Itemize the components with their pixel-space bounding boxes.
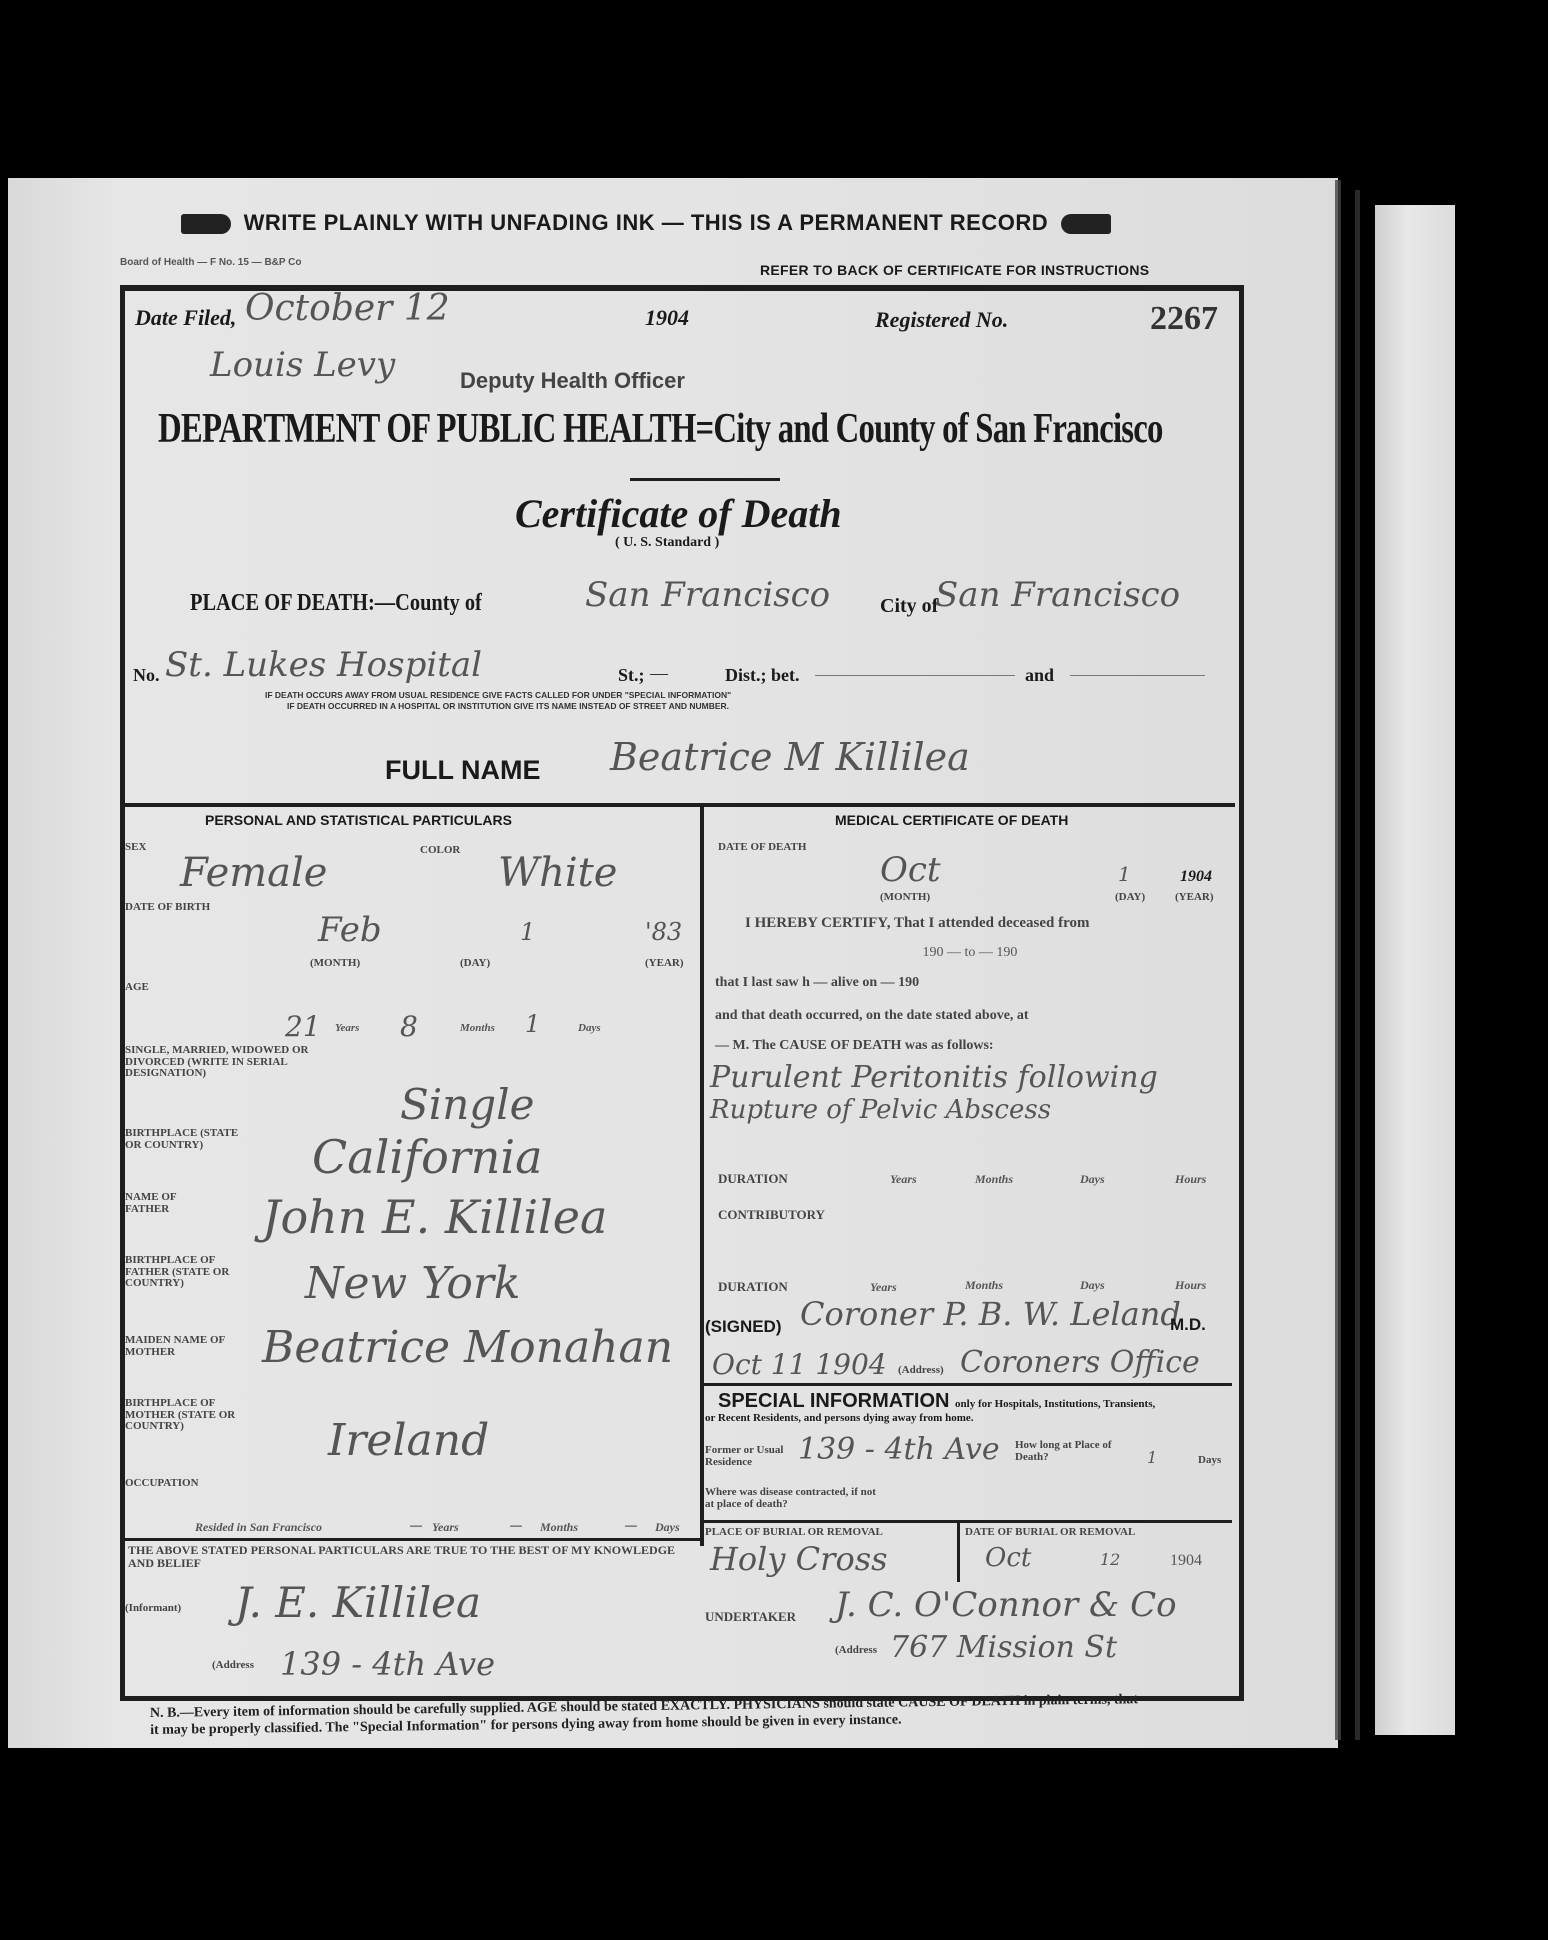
column-divider bbox=[700, 806, 704, 1546]
how-long-value: 1 bbox=[1147, 1448, 1157, 1467]
medical-heading: MEDICAL CERTIFICATE OF DEATH bbox=[835, 812, 1068, 828]
registered-label: Registered No. bbox=[875, 307, 1008, 333]
form-id: Board of Health — F No. 15 — B&P Co bbox=[120, 257, 302, 268]
jurisdiction: =City and County of San Francisco bbox=[696, 406, 1163, 452]
duration2-months: Months bbox=[965, 1278, 1003, 1293]
dod-year-caption: (Year) bbox=[1175, 892, 1214, 904]
month-caption: (Month) bbox=[310, 958, 360, 970]
informant-name: J. E. Killilea bbox=[235, 1578, 481, 1627]
age-days: 1 bbox=[525, 1010, 540, 1038]
county-value: San Francisco bbox=[585, 575, 830, 615]
and-line bbox=[1070, 675, 1205, 676]
full-name-label: FULL NAME bbox=[385, 755, 541, 786]
age-years: 21 bbox=[285, 1010, 321, 1043]
burial-date-day: 12 bbox=[1100, 1550, 1120, 1569]
how-long-label: How long at Place of Death? bbox=[1015, 1440, 1115, 1463]
department-title: DEPARTMENT OF PUBLIC HEALTH=City and Cou… bbox=[158, 405, 1163, 453]
st-value: — bbox=[650, 663, 668, 684]
dist-label: Dist.; bet. bbox=[725, 665, 800, 686]
undertaker-value: J. C. O'Connor & Co bbox=[835, 1585, 1177, 1625]
officer-title: Deputy Health Officer bbox=[460, 368, 685, 394]
cause-line1: Purulent Peritonitis following bbox=[710, 1060, 1158, 1095]
dob-month: Feb bbox=[318, 910, 382, 950]
no-label: No. bbox=[133, 665, 160, 686]
father-value: John E. Killilea bbox=[262, 1190, 607, 1244]
special-heading-text: SPECIAL INFORMATION bbox=[718, 1390, 949, 1412]
mother-birthplace-label: BIRTHPLACE OF MOTHER (State or Country) bbox=[125, 1398, 255, 1433]
duration-months: Months bbox=[975, 1172, 1013, 1187]
officer-signature: Louis Levy bbox=[210, 345, 395, 385]
father-birthplace-label: BIRTHPLACE OF FATHER (State or Country) bbox=[125, 1255, 255, 1290]
burial-place: Holy Cross bbox=[710, 1540, 888, 1578]
cause-line2: Rupture of Pelvic Abscess bbox=[710, 1095, 1051, 1125]
place-note: IF DEATH OCCURS AWAY FROM USUAL RESIDENC… bbox=[265, 690, 731, 712]
informant-statement: THE ABOVE STATED PERSONAL PARTICULARS AR… bbox=[128, 1544, 688, 1569]
undertaker-label: UNDERTAKER bbox=[705, 1610, 796, 1624]
marital-label: SINGLE, MARRIED, WIDOWED OR DIVORCED (Wr… bbox=[125, 1045, 355, 1080]
pointing-hand-icon bbox=[1061, 214, 1111, 234]
signed-date: Oct 11 1904 bbox=[712, 1348, 887, 1381]
full-name-value: Beatrice M Killilea bbox=[610, 735, 970, 779]
birthplace-value: California bbox=[312, 1130, 543, 1184]
year-caption: (Year) bbox=[645, 958, 684, 970]
informant-address: 139 - 4th Ave bbox=[280, 1645, 495, 1683]
burial-place-label: PLACE OF BURIAL OR REMOVAL bbox=[705, 1527, 883, 1539]
dob-day: 1 bbox=[520, 918, 535, 946]
page-edge bbox=[1355, 190, 1360, 1740]
md-label: M.D. bbox=[1170, 1315, 1206, 1335]
marital-value: Single bbox=[400, 1080, 534, 1129]
dod-day: 1 bbox=[1118, 862, 1131, 886]
special-note: or Recent Residents, and persons dying a… bbox=[705, 1412, 974, 1424]
next-page-edge bbox=[1375, 205, 1455, 1735]
duration2-label: DURATION bbox=[718, 1280, 788, 1294]
place-note-line1: IF DEATH OCCURS AWAY FROM USUAL RESIDENC… bbox=[265, 690, 731, 701]
duration2-years: Years bbox=[870, 1280, 897, 1295]
residence-label: Former or Usual Residence bbox=[705, 1445, 785, 1468]
personal-heading: PERSONAL AND STATISTICAL PARTICULARS bbox=[205, 812, 512, 828]
cause-label: — M. The CAUSE OF DEATH was as follows: bbox=[715, 1038, 994, 1054]
medical-address-label: (Address) bbox=[898, 1365, 944, 1377]
dist-line bbox=[815, 675, 1015, 676]
resided-label: Resided in San Francisco bbox=[195, 1520, 322, 1535]
department-name: DEPARTMENT OF PUBLIC HEALTH bbox=[158, 406, 696, 452]
informant-label: (Informant) bbox=[125, 1603, 181, 1615]
duration2-days: Days bbox=[1080, 1278, 1105, 1293]
certify-text: I HEREBY CERTIFY, That I attended deceas… bbox=[745, 915, 1090, 932]
burial-date-month: Oct bbox=[985, 1543, 1031, 1573]
special-heading-note: only for Hospitals, Institutions, Transi… bbox=[955, 1398, 1155, 1410]
standard-note: ( U. S. Standard ) bbox=[615, 535, 719, 551]
contributory-label: CONTRIBUTORY bbox=[718, 1208, 825, 1222]
page-edge bbox=[1335, 180, 1341, 1740]
days-label: Days bbox=[1198, 1455, 1221, 1467]
duration-days: Days bbox=[1080, 1172, 1105, 1187]
mother-label: MAIDEN NAME OF MOTHER bbox=[125, 1335, 255, 1358]
resided-years: — bbox=[410, 1518, 422, 1532]
mother-birthplace-value: Ireland bbox=[328, 1415, 489, 1466]
months-caption: Months bbox=[460, 1022, 495, 1034]
place-note-line2: IF DEATH OCCURRED IN A HOSPITAL OR INSTI… bbox=[265, 701, 731, 712]
resided-days: — bbox=[625, 1518, 637, 1532]
special-rule bbox=[702, 1383, 1232, 1386]
duration-years: Years bbox=[890, 1172, 917, 1187]
birthplace-label: BIRTHPLACE (State or Country) bbox=[125, 1128, 255, 1151]
pointing-hand-icon bbox=[181, 214, 231, 234]
occupation-label: OCCUPATION bbox=[125, 1478, 199, 1490]
informant-rule bbox=[123, 1538, 703, 1541]
sex-label: SEX bbox=[125, 842, 146, 854]
dod-year: 1904 bbox=[1180, 868, 1212, 886]
undertaker-address-label: (Address bbox=[835, 1645, 877, 1657]
dod-day-caption: (Day) bbox=[1115, 892, 1145, 904]
st-label: St.; bbox=[618, 665, 645, 686]
day-caption: (Day) bbox=[460, 958, 490, 970]
dob-year: '83 bbox=[645, 918, 682, 946]
burial-rule bbox=[702, 1520, 1232, 1523]
divider bbox=[630, 478, 780, 481]
burial-date-year: 1904 bbox=[1170, 1552, 1202, 1570]
undertaker-address: 767 Mission St bbox=[890, 1630, 1117, 1665]
color-label: COLOR bbox=[420, 845, 460, 857]
place-of-death-label: PLACE OF DEATH:—County of bbox=[190, 590, 482, 617]
resided-days-caption: Days bbox=[655, 1520, 680, 1535]
duration-hours: Hours bbox=[1175, 1172, 1206, 1187]
resided-months-caption: Months bbox=[540, 1520, 578, 1535]
years-caption: Years bbox=[335, 1022, 359, 1034]
attended-dates: 190 — to — 190 bbox=[715, 945, 1225, 961]
year-filed: 1904 bbox=[645, 305, 689, 331]
date-filed-label: Date Filed, bbox=[135, 305, 236, 331]
and-label: and bbox=[1025, 665, 1054, 686]
burial-date-label: DATE OF BURIAL OR REMOVAL bbox=[965, 1527, 1135, 1539]
age-months: 8 bbox=[400, 1010, 418, 1043]
age-label: AGE bbox=[125, 982, 149, 994]
color-value: White bbox=[498, 850, 617, 896]
last-saw-text: that I last saw h — alive on — 190 bbox=[715, 975, 919, 991]
mother-value: Beatrice Monahan bbox=[262, 1322, 673, 1373]
signed-label: (SIGNED) bbox=[705, 1317, 782, 1337]
medical-address: Coroners Office bbox=[960, 1345, 1200, 1380]
refer-instructions: REFER TO BACK OF CERTIFICATE FOR INSTRUC… bbox=[760, 262, 1149, 278]
dod-month: Oct bbox=[880, 850, 941, 890]
resided-months: — bbox=[510, 1518, 522, 1532]
registered-number: 2267 bbox=[1150, 300, 1218, 338]
physician-signature: Coroner P. B. W. Leland bbox=[800, 1295, 1181, 1333]
dod-month-caption: (Month) bbox=[880, 892, 930, 904]
special-heading: SPECIAL INFORMATION only for Hospitals, … bbox=[718, 1390, 1155, 1413]
resided-years-caption: Years bbox=[432, 1520, 459, 1535]
duration2-hours: Hours bbox=[1175, 1278, 1206, 1293]
duration-label: DURATION bbox=[718, 1172, 788, 1186]
death-occurred-text: and that death occurred, on the date sta… bbox=[715, 1008, 1029, 1024]
days-caption: Days bbox=[578, 1022, 601, 1034]
institution-value: St. Lukes Hospital bbox=[165, 645, 482, 685]
sex-value: Female bbox=[180, 850, 327, 896]
section-rule bbox=[123, 803, 1235, 807]
city-label: City of bbox=[880, 595, 938, 618]
father-birthplace-value: New York bbox=[305, 1258, 521, 1309]
informant-address-label: (Address bbox=[212, 1660, 254, 1672]
city-value: San Francisco bbox=[935, 575, 1180, 615]
certificate-title: Certificate of Death bbox=[515, 490, 842, 537]
banner-text: WRITE PLAINLY WITH UNFADING INK — THIS I… bbox=[244, 210, 1049, 235]
dod-label: DATE OF DEATH bbox=[718, 842, 806, 854]
father-label: NAME OF FATHER bbox=[125, 1192, 215, 1215]
residence-value: 139 - 4th Ave bbox=[798, 1432, 1000, 1467]
banner: WRITE PLAINLY WITH UNFADING INK — THIS I… bbox=[175, 210, 1117, 236]
burial-divider bbox=[957, 1522, 960, 1582]
date-filed-value: October 12 bbox=[245, 288, 450, 329]
contracted-label: Where was disease contracted, if not at … bbox=[705, 1487, 885, 1510]
dob-label: DATE OF BIRTH bbox=[125, 902, 210, 914]
